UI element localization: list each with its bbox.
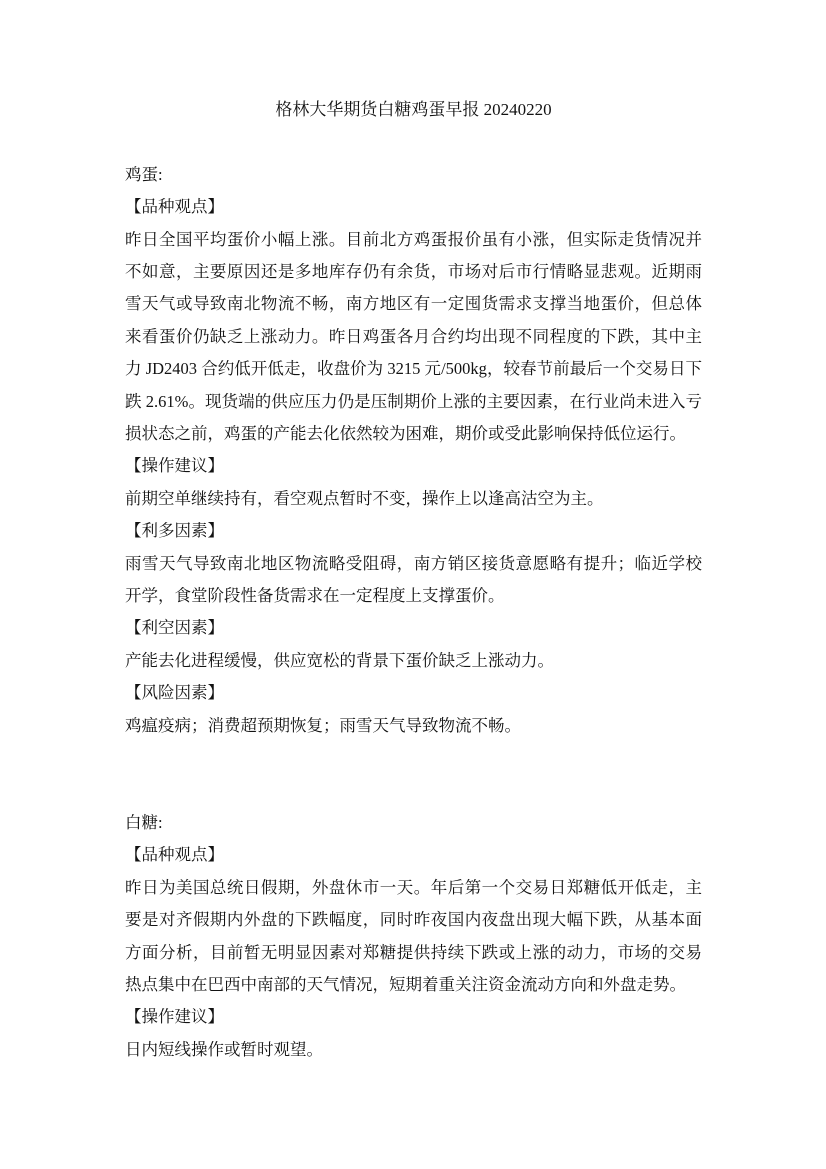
section-eggs: 鸡蛋: 【品种观点】 昨日全国平均蛋价小幅上涨。目前北方鸡蛋报价虽有小涨，但实际… bbox=[125, 159, 702, 742]
eggs-risk-factors-heading: 【风险因素】 bbox=[125, 677, 702, 709]
eggs-risk-factors-body: 鸡瘟疫病；消费超预期恢复；雨雪天气导致物流不畅。 bbox=[125, 710, 702, 742]
eggs-risk-factors-block: 【风险因素】 鸡瘟疫病；消费超预期恢复；雨雪天气导致物流不畅。 bbox=[125, 677, 702, 742]
eggs-bearish-factors-heading: 【利空因素】 bbox=[125, 612, 702, 644]
eggs-variety-view-block: 【品种观点】 昨日全国平均蛋价小幅上涨。目前北方鸡蛋报价虽有小涨，但实际走货情况… bbox=[125, 191, 702, 450]
eggs-bullish-factors-heading: 【利多因素】 bbox=[125, 515, 702, 547]
eggs-bearish-factors-block: 【利空因素】 产能去化进程缓慢，供应宽松的背景下蛋价缺乏上涨动力。 bbox=[125, 612, 702, 677]
title-spacer bbox=[125, 126, 702, 158]
eggs-bullish-factors-block: 【利多因素】 雨雪天气导致南北地区物流略受阻碍，南方销区接货意愿略有提升；临近学… bbox=[125, 515, 702, 612]
sugar-variety-view-block: 【品种观点】 昨日为美国总统日假期，外盘休市一天。年后第一个交易日郑糖低开低走，… bbox=[125, 839, 702, 1001]
eggs-variety-view-body: 昨日全国平均蛋价小幅上涨。目前北方鸡蛋报价虽有小涨，但实际走货情况并不如意，主要… bbox=[125, 224, 702, 451]
sugar-operation-advice-heading: 【操作建议】 bbox=[125, 1001, 702, 1033]
section-spacer bbox=[125, 742, 702, 807]
eggs-operation-advice-block: 【操作建议】 前期空单继续持有，看空观点暂时不变，操作上以逢高沽空为主。 bbox=[125, 450, 702, 515]
document-title: 格林大华期货白糖鸡蛋早报 20240220 bbox=[125, 94, 702, 126]
section-sugar: 白糖: 【品种观点】 昨日为美国总统日假期，外盘休市一天。年后第一个交易日郑糖低… bbox=[125, 807, 702, 1066]
document-content: 格林大华期货白糖鸡蛋早报 20240220 鸡蛋: 【品种观点】 昨日全国平均蛋… bbox=[0, 0, 826, 1066]
sugar-operation-advice-body: 日内短线操作或暂时观望。 bbox=[125, 1034, 702, 1066]
eggs-operation-advice-body: 前期空单继续持有，看空观点暂时不变，操作上以逢高沽空为主。 bbox=[125, 483, 702, 515]
section-label-sugar: 白糖: bbox=[125, 807, 702, 839]
eggs-operation-advice-heading: 【操作建议】 bbox=[125, 450, 702, 482]
section-label-eggs: 鸡蛋: bbox=[125, 159, 702, 191]
sugar-variety-view-body: 昨日为美国总统日假期，外盘休市一天。年后第一个交易日郑糖低开低走，主要是对齐假期… bbox=[125, 872, 702, 1002]
document-page: 格林大华期货白糖鸡蛋早报 20240220 鸡蛋: 【品种观点】 昨日全国平均蛋… bbox=[0, 0, 826, 1169]
eggs-variety-view-heading: 【品种观点】 bbox=[125, 191, 702, 223]
sugar-operation-advice-block: 【操作建议】 日内短线操作或暂时观望。 bbox=[125, 1001, 702, 1066]
eggs-bullish-factors-body: 雨雪天气导致南北地区物流略受阻碍，南方销区接货意愿略有提升；临近学校开学，食堂阶… bbox=[125, 548, 702, 613]
sugar-variety-view-heading: 【品种观点】 bbox=[125, 839, 702, 871]
eggs-bearish-factors-body: 产能去化进程缓慢，供应宽松的背景下蛋价缺乏上涨动力。 bbox=[125, 645, 702, 677]
